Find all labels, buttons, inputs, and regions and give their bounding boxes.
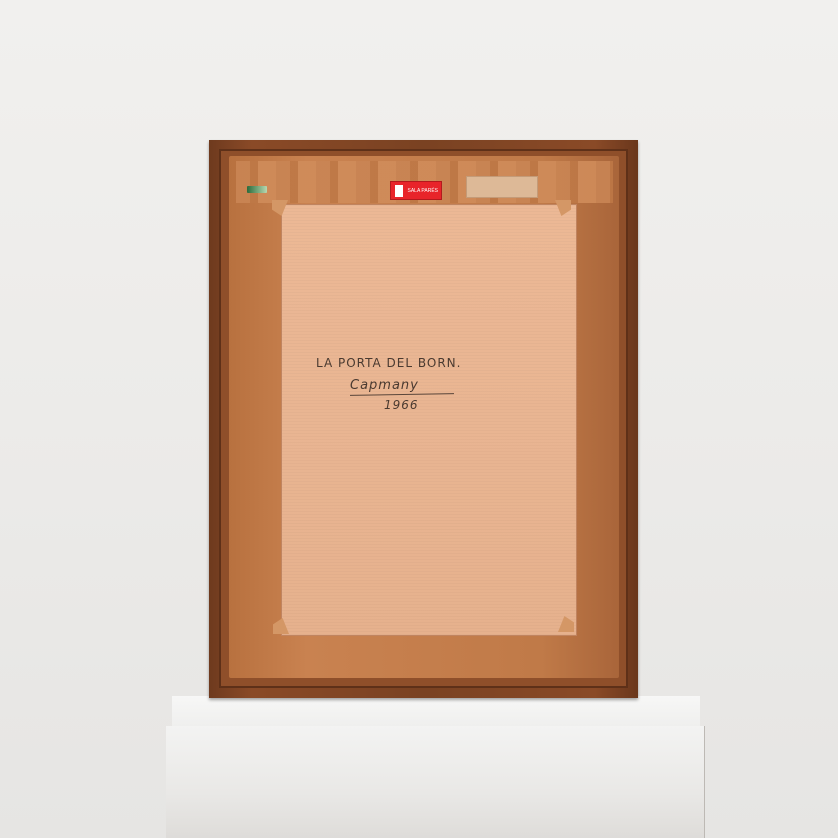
paper-label bbox=[466, 176, 538, 198]
gallery-label-red: SALA PARÉS bbox=[390, 181, 442, 200]
canvas-back bbox=[281, 204, 577, 636]
inscription-year: 1966 bbox=[384, 398, 419, 412]
green-sticker bbox=[247, 186, 267, 193]
gallery-logo-icon bbox=[395, 185, 403, 197]
pedestal-top bbox=[172, 696, 700, 727]
gallery-label-text: SALA PARÉS bbox=[408, 188, 438, 194]
inscription-title: LA PORTA DEL BORN. bbox=[316, 356, 461, 370]
pedestal-front bbox=[166, 726, 705, 838]
inscription-signature: Capmany bbox=[350, 378, 419, 393]
